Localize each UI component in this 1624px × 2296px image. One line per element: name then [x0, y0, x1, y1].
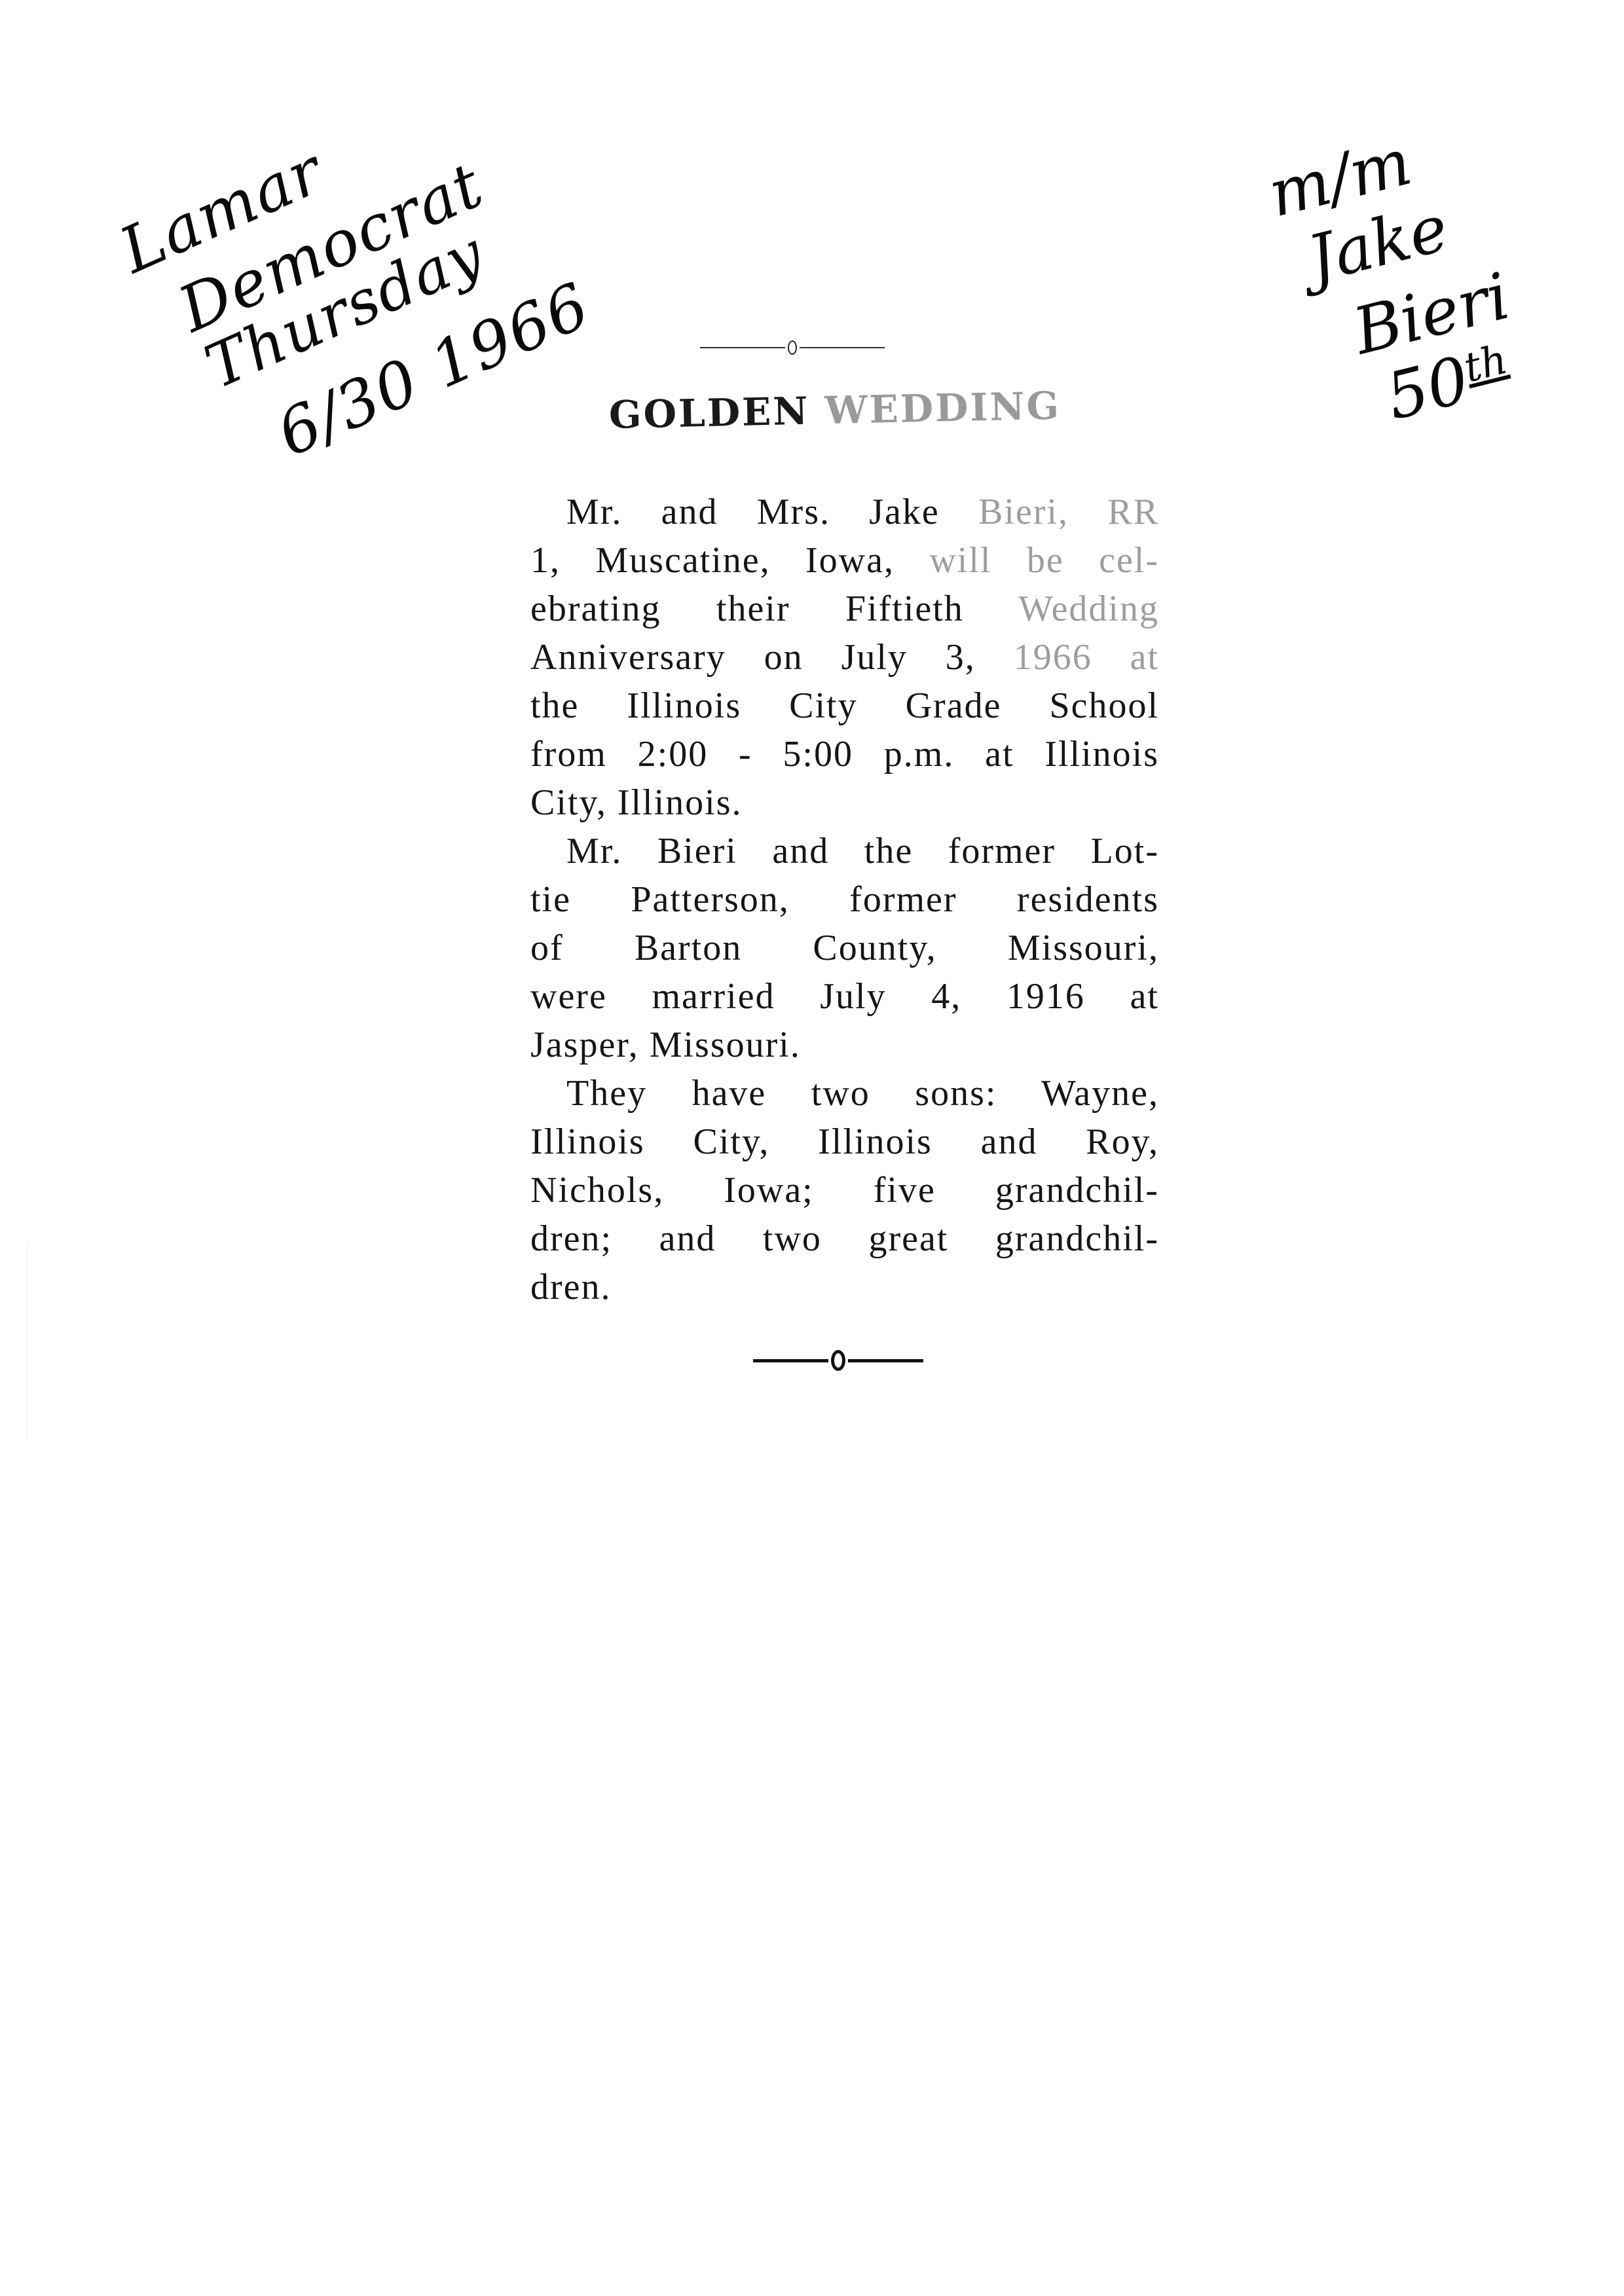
article-line: the Illinois City Grade School: [530, 682, 1159, 730]
paragraph-announcement: Mr. and Mrs. Jake Bieri, RR 1, Muscatine…: [530, 488, 1159, 827]
paragraph-marriage: Mr. Bieri and the former Lot- tie Patter…: [530, 827, 1159, 1069]
article-line: dren; and two great grandchil-: [530, 1214, 1159, 1263]
article-line: They have two sons: Wayne,: [530, 1069, 1159, 1118]
article-line: City, Illinois.: [530, 778, 1159, 827]
handwritten-source-note: Lamar Democrat Thursday 6/30 1966: [111, 137, 570, 439]
divider-rule-left: [700, 347, 785, 348]
article-line: ebrating their Fiftieth Wedding: [530, 585, 1159, 633]
divider-ornament-icon: [831, 1350, 845, 1371]
headline-word-golden: GOLDEN: [608, 388, 825, 437]
paragraph-family: They have two sons: Wayne, Illinois City…: [530, 1069, 1159, 1311]
article-line: Illinois City, Illinois and Roy,: [530, 1118, 1159, 1166]
article-line: 1, Muscatine, Iowa, will be cel-: [530, 536, 1159, 585]
scan-margin-mark: [26, 1244, 28, 1440]
article-line: Anniversary on July 3, 1966 at: [530, 633, 1159, 682]
article-line: of Barton County, Missouri,: [530, 924, 1159, 972]
divider-ornament-icon: [788, 340, 797, 355]
scanned-page: Lamar Democrat Thursday 6/30 1966 m/m Ja…: [0, 0, 1624, 2296]
article-line: Nichols, Iowa; five grandchil-: [530, 1166, 1159, 1214]
article-body: Mr. and Mrs. Jake Bieri, RR 1, Muscatine…: [530, 488, 1159, 1311]
top-divider: [661, 340, 923, 355]
handwritten-subject-note: m/m Jake Bieri 50th: [1257, 137, 1559, 439]
headline-word-wedding: WEDDING: [824, 384, 1061, 433]
divider-rule-right: [848, 1359, 923, 1362]
article-headline: GOLDEN WEDDING: [608, 383, 1080, 437]
divider-rule-left: [753, 1359, 828, 1362]
article-line: tie Patterson, former residents: [530, 875, 1159, 924]
divider-rule-right: [800, 347, 885, 348]
article-line: were married July 4, 1916 at: [530, 972, 1159, 1021]
article-line: Mr. and Mrs. Jake Bieri, RR: [530, 488, 1159, 536]
article-line: from 2:00 - 5:00 p.m. at Illinois: [530, 730, 1159, 778]
article-line: Jasper, Missouri.: [530, 1021, 1159, 1069]
bottom-divider: [740, 1350, 936, 1371]
article-line: Mr. Bieri and the former Lot-: [530, 827, 1159, 875]
article-line: dren.: [530, 1263, 1159, 1311]
